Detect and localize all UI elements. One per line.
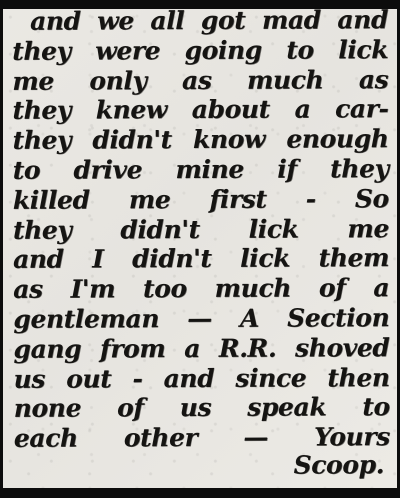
letter-line: to drive mine if they [13, 154, 389, 185]
letter-line: killed me first - So [13, 184, 389, 215]
letter-line: and we all got mad and [12, 5, 388, 36]
letter-line: they knew about a car- [12, 95, 388, 126]
letter-body: and we all got mad and they were going t… [2, 5, 398, 481]
letter-signature: Scoop. [14, 450, 390, 481]
letter-line: me only as much as [12, 65, 388, 96]
handwritten-letter: and we all got mad and they were going t… [0, 0, 400, 498]
letter-line: each other — Yours [14, 422, 390, 453]
letter-line: they didn't know enough [12, 124, 388, 155]
letter-line: us out - and since then [14, 363, 390, 394]
letter-line: they were going to lick [12, 35, 388, 66]
letter-line: gentleman — A Section [13, 303, 389, 334]
letter-line: and I didn't lick them [13, 244, 389, 275]
letter-line: none of us speak to [14, 393, 390, 424]
letter-line: gang from a R.R. shoved [13, 333, 389, 364]
letter-line: as I'm too much of a [13, 273, 389, 304]
letter-line: they didn't lick me [13, 214, 389, 245]
